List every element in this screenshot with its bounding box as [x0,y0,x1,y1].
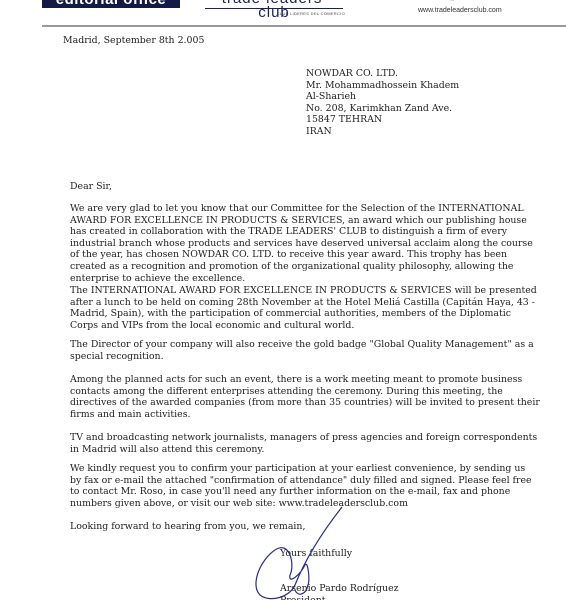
paragraph-confirmation-request: We kindly request you to confirm your pa… [70,463,550,509]
paragraph-line: created as a recognition and promotion o… [70,261,550,273]
paragraph-ceremony-details: The INTERNATIONAL AWARD FOR EXCELLENCE I… [70,285,550,331]
paragraph-line: We kindly request you to confirm your pa… [70,463,550,475]
address-line: No. 208, Karimkhan Zand Ave. [306,103,459,115]
salutation: Dear Sir, [70,181,112,193]
paragraph-gold-badge: The Director of your company will also r… [70,339,550,362]
contact-website: www.tradeleadersclub.com [418,7,502,14]
editorial-office-logo: editorial office [42,0,180,8]
paragraph-line: The Director of your company will also r… [70,339,550,351]
recipient-address: NOWDAR CO. LTD. Mr. Mohammadhossein Khad… [306,68,459,138]
address-line: IRAN [306,126,459,138]
paragraph-line: The INTERNATIONAL AWARD FOR EXCELLENCE I… [70,285,550,297]
address-line: 15847 TEHRAN [306,114,459,126]
paragraph-line: We are very glad to let you know that ou… [70,203,550,215]
signer-title: President [280,595,399,600]
paragraph-line: of the year, has chosen NOWDAR CO. LTD. … [70,249,550,261]
address-line: NOWDAR CO. LTD. [306,68,459,80]
address-line: Al-Sharieh [306,91,459,103]
letter-date: Madrid, September 8th 2.005 [63,35,204,47]
paragraph-line: to contact Mr. Roso, in case you'll need… [70,486,550,498]
header-divider [42,25,566,27]
paragraph-line: by fax or e-mail the attached "confirmat… [70,475,550,487]
paragraph-line: Among the planned acts for such an event… [70,374,550,386]
paragraph-line: contacts among the different enterprises… [70,386,550,398]
paragraph-line: special recognition. [70,351,550,363]
signature-block: Arsenio Pardo Rodríguez President [280,583,399,600]
paragraph-press: TV and broadcasting network journalists,… [70,432,550,455]
paragraph-award-announcement: We are very glad to let you know that ou… [70,203,550,284]
paragraph-line: Madrid, Spain), with the participation o… [70,308,550,320]
logo-underline [205,8,343,9]
address-line: Mr. Mohammadhossein Khadem [306,80,459,92]
paragraph-line: has created in collaboration with the TR… [70,226,550,238]
paragraph-line: Corps and VIPs from the local economic a… [70,320,550,332]
paragraph-line: industrial branch whose products and ser… [70,238,550,250]
paragraph-line: after a lunch to be held on coming 28th … [70,297,550,309]
paragraph-line: directives of the awarded companies (fro… [70,397,550,409]
trade-leaders-club-logo: trade leaders' club [205,0,343,20]
paragraph-line: TV and broadcasting network journalists,… [70,432,550,444]
paragraph-line: firms and main activities. [70,409,550,421]
contact-email: E-mail: office@editorialoffice.com [418,0,500,2]
paragraph-line: in Madrid will also attend this ceremony… [70,444,550,456]
paragraph-line: enterprise to achieve the excellence. [70,273,550,285]
club-subtitle: CLUB LIDERES DEL COMERCIO [200,11,345,16]
paragraph-work-meeting: Among the planned acts for such an event… [70,374,550,420]
paragraph-line: AWARD FOR EXCELLENCE IN PRODUCTS & SERVI… [70,215,550,227]
signer-name: Arsenio Pardo Rodríguez [280,583,399,595]
